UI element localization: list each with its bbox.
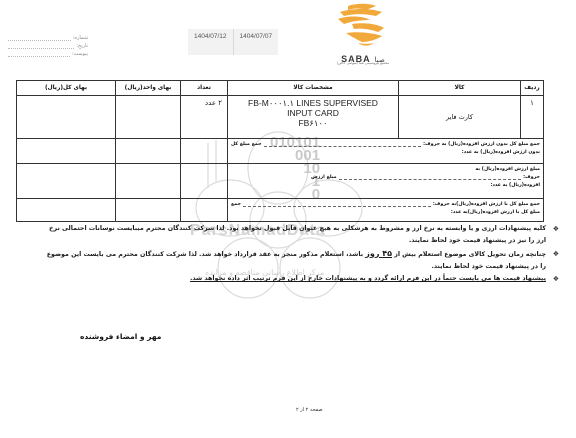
col-quantity: تعداد <box>181 81 228 96</box>
grand-total-digits-line: مبلغ کل با ارزش افزوده(ریال)به عدد: <box>231 209 540 217</box>
col-total-price: بهای کل(ریال) <box>17 81 116 96</box>
delivery-days-highlight: ۴۵ روز <box>365 249 392 258</box>
cell-unit-price-input[interactable] <box>116 96 181 139</box>
spec-line: FB-M۰۰۰۱.۱ LINES SUPERVISED <box>228 98 398 108</box>
meta-attachment-label: پیوست: <box>70 51 88 57</box>
meta-date-line <box>8 44 74 49</box>
meta-attachment: پیوست: <box>8 49 88 57</box>
cell-specifications: FB-M۰۰۰۱.۱ LINES SUPERVISED INPUT CARD F… <box>228 96 399 139</box>
grand-total-digits-label: مبلغ کل با ارزش افزوده(ریال)به عدد: <box>451 209 540 217</box>
table-header-row: ردیف کالا مشخصات کالا تعداد بهای واحد(ری… <box>17 81 544 96</box>
meta-attachment-line <box>8 52 70 57</box>
letter-meta: شماره: تاریخ: پیوست: <box>8 33 88 57</box>
grand-total-side-label: جمع <box>231 201 241 209</box>
subtotal-qty-cell <box>181 139 228 164</box>
vat-title-line: مبلغ ارزش افزوده(ریال) به <box>231 166 540 174</box>
diamond-bullet-icon: ❖ <box>553 223 559 235</box>
meta-number: شماره: <box>8 33 88 41</box>
col-unit-price: بهای واحد(ریال) <box>116 81 181 96</box>
summary-row-grand-total: جمع مبلغ کل با ارزش افزوده(ریال)به حروف:… <box>17 199 544 222</box>
page-number: صفحه ۲ از ۲ <box>296 407 323 413</box>
vat-title: مبلغ ارزش افزوده(ریال) به <box>475 166 540 174</box>
subtotal-words-line: جمع مبلغ کل بدون ارزش افزوده(ریال) به حر… <box>231 141 540 149</box>
note-text: کلیه پیشنهادات ارزی و یا وابسته به نرخ ا… <box>49 225 546 244</box>
spec-line: FB۶۱۰۰ <box>228 118 398 128</box>
cell-row-number: ۱ <box>521 96 544 139</box>
vat-words-label: حروف: <box>523 174 540 182</box>
subtotal-side-label: جمع مبلغ کل <box>231 141 262 149</box>
cell-item: کارت فایر <box>399 96 521 139</box>
cell-quantity: ۲ عدد <box>181 96 228 139</box>
subtotal-digits-line: بدون ارزش افزوده(ریال) به عدد: <box>231 149 540 157</box>
col-specifications: مشخصات کالا <box>228 81 399 96</box>
subtotal-words-field[interactable] <box>264 143 422 147</box>
vat-side-label: مبلغ ارزش <box>311 174 337 182</box>
diamond-bullet-icon: ❖ <box>553 248 559 260</box>
quotation-table: ردیف کالا مشخصات کالا تعداد بهای واحد(ری… <box>16 80 544 222</box>
subtotal-words-label: جمع مبلغ کل بدون ارزش افزوده(ریال) به حر… <box>423 141 540 149</box>
grand-total-words-line: جمع مبلغ کل با ارزش افزوده(ریال)به حروف:… <box>231 201 540 209</box>
terms-notes: ❖ کلیه پیشنهادات ارزی و یا وابسته به نرخ… <box>40 223 560 285</box>
col-item: کالا <box>399 81 521 96</box>
vat-digits-line: افزوده(ریال) به عدد: <box>231 182 540 190</box>
subtotal-digits-label: بدون ارزش افزوده(ریال) به عدد: <box>462 149 540 157</box>
grand-total-unit-cell <box>116 199 181 222</box>
summary-row-vat: مبلغ ارزش افزوده(ریال) به حروف: مبلغ ارز… <box>17 164 544 199</box>
vat-words-line: حروف: مبلغ ارزش <box>231 174 540 182</box>
col-row-number: ردیف <box>521 81 544 96</box>
subtotal-label-cell: جمع مبلغ کل بدون ارزش افزوده(ریال) به حر… <box>228 139 544 164</box>
diamond-bullet-icon: ❖ <box>553 273 559 285</box>
issue-date: 1404/07/07 <box>233 29 279 55</box>
vat-label-cell: مبلغ ارزش افزوده(ریال) به حروف: مبلغ ارز… <box>228 164 544 199</box>
note-currency: ❖ کلیه پیشنهادات ارزی و یا وابسته به نرخ… <box>40 223 560 248</box>
grand-total-words-field[interactable] <box>243 203 431 207</box>
date-box: 1404/07/12 1404/07/07 <box>188 29 278 55</box>
saba-emblem-icon <box>318 2 408 48</box>
meta-number-label: شماره: <box>71 35 88 41</box>
note-text: پیشنهاد قیمت ها می بایست حتماً در این فر… <box>190 275 546 282</box>
note-text: چنانچه زمان تحویل کالای موضوع استعلام بی… <box>392 251 546 258</box>
grand-total-value-input[interactable] <box>17 199 116 222</box>
deadline-date: 1404/07/12 <box>188 29 233 55</box>
table-row: ۱ کارت فایر FB-M۰۰۰۱.۱ LINES SUPERVISED … <box>17 96 544 139</box>
logo-subtitle: مجتمع پتروشیمی صبا (سهامی خاص) <box>318 61 408 65</box>
meta-number-line <box>8 36 71 41</box>
spec-line: INPUT CARD <box>228 108 398 118</box>
vat-qty-cell <box>181 164 228 199</box>
grand-total-label-cell: جمع مبلغ کل با ارزش افزوده(ریال)به حروف:… <box>228 199 544 222</box>
meta-date-label: تاریخ: <box>74 43 88 49</box>
subtotal-value-input[interactable] <box>17 139 116 164</box>
grand-total-qty-cell <box>181 199 228 222</box>
vat-value-input[interactable] <box>17 164 116 199</box>
meta-date: تاریخ: <box>8 41 88 49</box>
summary-row-subtotal: جمع مبلغ کل بدون ارزش افزوده(ریال) به حر… <box>17 139 544 164</box>
note-delivery: ❖ چنانچه زمان تحویل کالای موضوع استعلام … <box>40 248 560 274</box>
grand-total-words-label: جمع مبلغ کل با ارزش افزوده(ریال)به حروف: <box>433 201 540 209</box>
vat-digits-label: افزوده(ریال) به عدد: <box>491 182 540 190</box>
note-form-only: ❖ پیشنهاد قیمت ها می بایست حتماً در این … <box>40 273 560 285</box>
company-logo: SABAصبا مجتمع پتروشیمی صبا (سهامی خاص) <box>318 2 408 70</box>
seller-signature-label: مهر و امضاء فروشنده <box>80 332 161 341</box>
vat-words-field[interactable] <box>339 176 521 180</box>
cell-total-price-input[interactable] <box>17 96 116 139</box>
vat-unit-cell <box>116 164 181 199</box>
subtotal-unit-cell <box>116 139 181 164</box>
